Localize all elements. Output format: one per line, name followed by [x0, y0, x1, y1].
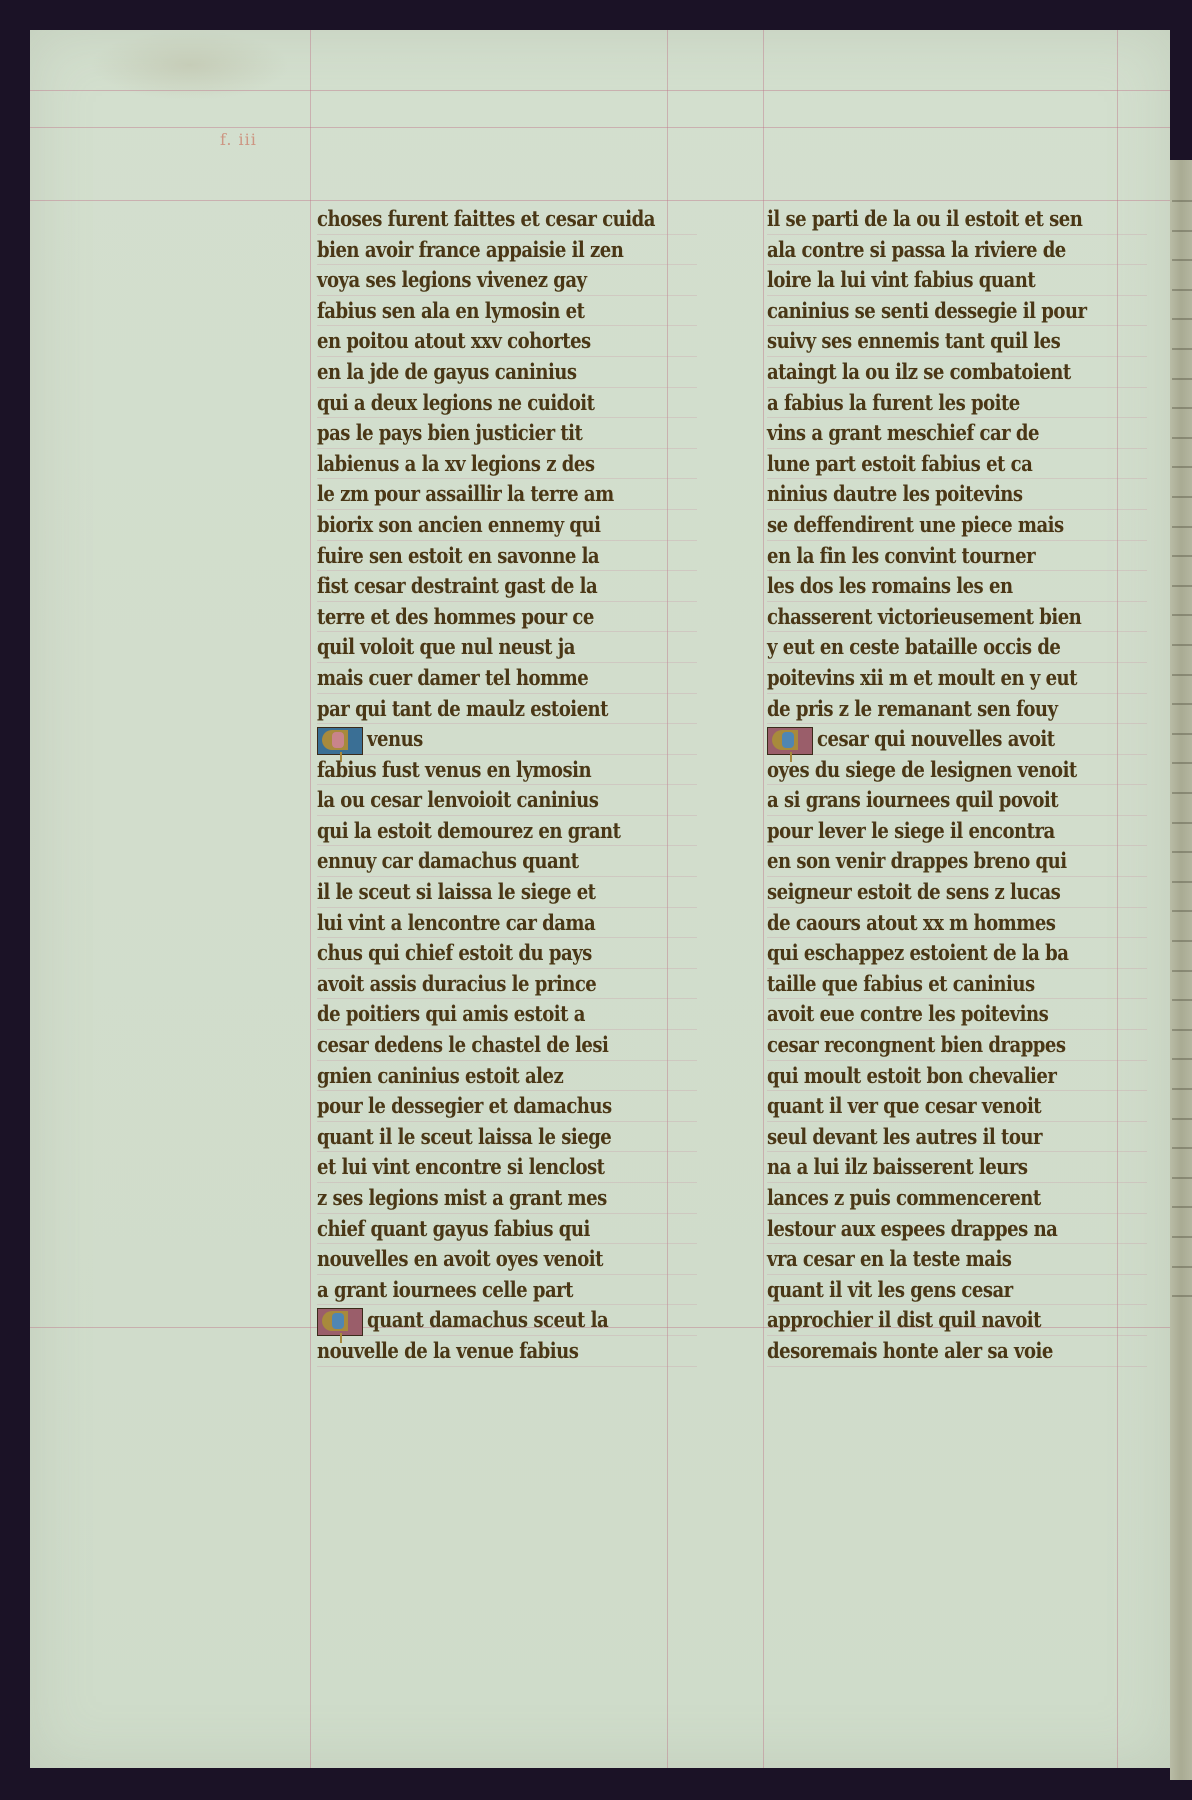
ruling-top-1	[30, 90, 1170, 91]
text-line: lestour aux espees drappes na	[767, 1214, 1147, 1245]
text-line: chasserent victorieusement bien	[767, 602, 1147, 633]
decorated-initial	[317, 727, 363, 755]
line-text: avoit eue contre les poitevins	[767, 999, 1048, 1029]
line-text: voya ses legions vivenez gay	[317, 265, 586, 295]
line-text: gnien caninius estoit alez	[317, 1061, 563, 1091]
text-line: biorix son ancien ennemy qui	[317, 510, 697, 541]
line-text: vins a grant meschief car de	[767, 418, 1039, 448]
line-text: quil voloit que nul neust ja	[317, 632, 575, 662]
line-text: qui eschappez estoient de la ba	[767, 938, 1068, 968]
line-text: lestour aux espees drappes na	[767, 1214, 1057, 1244]
text-line: bien avoir france appaisie il zen	[317, 235, 697, 266]
line-text: chief quant gayus fabius qui	[317, 1214, 590, 1244]
text-line: taille que fabius et caninius	[767, 969, 1147, 1000]
text-column-left: choses furent faittes et cesar cuidabien…	[317, 204, 697, 1367]
text-line: il le sceut si laissa le siege et	[317, 877, 697, 908]
show-through-line	[1172, 792, 1192, 794]
show-through-line	[1172, 1236, 1192, 1238]
text-line: chus qui chief estoit du pays	[317, 938, 697, 969]
show-through-line	[1172, 703, 1192, 705]
line-text: a fabius la furent les poite	[767, 388, 1020, 418]
show-through-line	[1172, 881, 1192, 883]
line-text: qui a deux legions ne cuidoit	[317, 388, 594, 418]
line-text: caninius se senti dessegie il pour	[767, 296, 1086, 326]
line-text: cesar dedens le chastel de lesi	[317, 1030, 608, 1060]
line-text: mais cuer damer tel homme	[317, 663, 588, 693]
line-text: seul devant les autres il tour	[767, 1122, 1042, 1152]
line-text: les dos les romains les en	[767, 571, 1013, 601]
line-text: ala contre si passa la riviere de	[767, 235, 1066, 265]
line-text: fabius sen ala en lymosin et	[317, 296, 584, 326]
text-line: ennuy car damachus quant	[317, 846, 697, 877]
show-through-line	[1172, 585, 1192, 587]
show-through-line	[1172, 1295, 1192, 1297]
line-text: fist cesar destraint gast de la	[317, 571, 597, 601]
line-text: z ses legions mist a grant mes	[317, 1183, 607, 1213]
text-line: fabius fust venus en lymosin	[317, 755, 697, 786]
text-line: fabius sen ala en lymosin et	[317, 296, 697, 327]
line-text: de pris z le remanant sen fouy	[767, 694, 1057, 724]
line-text: chasserent victorieusement bien	[767, 602, 1081, 632]
line-text: en son venir drappes breno qui	[767, 846, 1067, 876]
text-line: voya ses legions vivenez gay	[317, 265, 697, 296]
initial-inset	[782, 732, 794, 748]
line-text: quant il ver que cesar venoit	[767, 1091, 1041, 1121]
text-line: de poitiers qui amis estoit a	[317, 999, 697, 1030]
line-text: terre et des hommes pour ce	[317, 602, 594, 632]
line-text: desoremais honte aler sa voie	[767, 1336, 1053, 1366]
line-text: il le sceut si laissa le siege et	[317, 877, 596, 907]
text-line: y eut en ceste bataille occis de	[767, 632, 1147, 663]
text-line: chief quant gayus fabius qui	[317, 1214, 697, 1245]
text-line: quant il ver que cesar venoit	[767, 1091, 1147, 1122]
line-text: seigneur estoit de sens z lucas	[767, 877, 1060, 907]
ruling-top-2	[30, 127, 1170, 128]
text-line: gnien caninius estoit alez	[317, 1061, 697, 1092]
line-text: cesar qui nouvelles avoit	[817, 724, 1055, 754]
text-line: venus	[317, 724, 697, 755]
line-text: et lui vint encontre si lenclost	[317, 1152, 605, 1182]
text-line: na a lui ilz baisserent leurs	[767, 1152, 1147, 1183]
show-through-line	[1172, 1058, 1192, 1060]
line-text: loire la lui vint fabius quant	[767, 265, 1035, 295]
show-through-line	[1172, 644, 1192, 646]
show-through-line	[1172, 1147, 1192, 1149]
line-text: fuire sen estoit en savonne la	[317, 541, 599, 571]
show-through-line	[1172, 1177, 1192, 1179]
line-text: a grant iournees celle part	[317, 1275, 573, 1305]
text-line: les dos les romains les en	[767, 571, 1147, 602]
line-text: qui la estoit demourez en grant	[317, 816, 620, 846]
text-line: pour le dessegier et damachus	[317, 1091, 697, 1122]
folio-mark: f. iii	[220, 130, 257, 149]
decorated-initial	[317, 1308, 363, 1336]
line-text: labienus a la xv legions z des	[317, 449, 594, 479]
show-through-line	[1172, 999, 1192, 1001]
text-line: avoit assis duracius le prince	[317, 969, 697, 1000]
initial-inset	[332, 1313, 344, 1329]
text-line: nouvelle de la venue fabius	[317, 1336, 697, 1367]
show-through-line	[1172, 348, 1192, 350]
text-line: en la jde de gayus caninius	[317, 357, 697, 388]
line-text: a si grans iournees quil povoit	[767, 785, 1058, 815]
text-line: ataingt la ou ilz se combatoient	[767, 357, 1147, 388]
line-text: quant il le sceut laissa le siege	[317, 1122, 611, 1152]
show-through-line	[1172, 910, 1192, 912]
text-line: mais cuer damer tel homme	[317, 663, 697, 694]
show-through-line	[1172, 230, 1192, 232]
show-through-line	[1172, 259, 1192, 261]
text-line: il se parti de la ou il estoit et sen	[767, 204, 1147, 235]
manuscript-page: f. iii choses furent faittes et cesar cu…	[30, 30, 1170, 1768]
line-text: suivy ses ennemis tant quil les	[767, 326, 1060, 356]
show-through-line	[1172, 822, 1192, 824]
show-through-line	[1172, 733, 1192, 735]
line-text: cesar recongnent bien drappes	[767, 1030, 1066, 1060]
text-line: pas le pays bien justicier tit	[317, 418, 697, 449]
show-through-line	[1172, 674, 1192, 676]
line-text: na a lui ilz baisserent leurs	[767, 1152, 1027, 1182]
text-line: seul devant les autres il tour	[767, 1122, 1147, 1153]
show-through-line	[1172, 1118, 1192, 1120]
text-line: loire la lui vint fabius quant	[767, 265, 1147, 296]
text-line: lances z puis commencerent	[767, 1183, 1147, 1214]
line-text: poitevins xii m et moult en y eut	[767, 663, 1077, 693]
text-line: quil voloit que nul neust ja	[317, 632, 697, 663]
show-through-line	[1172, 1266, 1192, 1268]
text-line: en son venir drappes breno qui	[767, 846, 1147, 877]
text-line: vins a grant meschief car de	[767, 418, 1147, 449]
text-line: ala contre si passa la riviere de	[767, 235, 1147, 266]
line-text: lui vint a lencontre car dama	[317, 908, 595, 938]
text-line: quant il vit les gens cesar	[767, 1275, 1147, 1306]
line-text: qui moult estoit bon chevalier	[767, 1061, 1056, 1091]
show-through-line	[1172, 970, 1192, 972]
show-through-line	[1172, 466, 1192, 468]
line-text: se deffendirent une piece mais	[767, 510, 1064, 540]
text-line: lui vint a lencontre car dama	[317, 908, 697, 939]
text-line: seigneur estoit de sens z lucas	[767, 877, 1147, 908]
line-text: choses furent faittes et cesar cuida	[317, 204, 655, 234]
text-line: se deffendirent une piece mais	[767, 510, 1147, 541]
text-line: qui la estoit demourez en grant	[317, 816, 697, 847]
text-line: labienus a la xv legions z des	[317, 449, 697, 480]
line-text: chus qui chief estoit du pays	[317, 938, 592, 968]
initial-inset	[332, 732, 344, 748]
text-line: nouvelles en avoit oyes venoit	[317, 1244, 697, 1275]
text-line: a grant iournees celle part	[317, 1275, 697, 1306]
line-text: le zm pour assaillir la terre am	[317, 479, 614, 509]
show-through-line	[1172, 318, 1192, 320]
text-line: le zm pour assaillir la terre am	[317, 479, 697, 510]
show-through-line	[1172, 1088, 1192, 1090]
line-text: la ou cesar lenvoioit caninius	[317, 785, 598, 815]
text-line: qui moult estoit bon chevalier	[767, 1061, 1147, 1092]
line-text: taille que fabius et caninius	[767, 969, 1035, 999]
line-text: pour lever le siege il encontra	[767, 816, 1055, 846]
text-line: z ses legions mist a grant mes	[317, 1183, 697, 1214]
line-text: approchier il dist quil navoit	[767, 1305, 1041, 1335]
text-line: quant damachus sceut la	[317, 1305, 697, 1336]
text-line: de pris z le remanant sen fouy	[767, 694, 1147, 725]
line-text: nouvelles en avoit oyes venoit	[317, 1244, 603, 1274]
text-line: en la fin les convint tourner	[767, 541, 1147, 572]
line-text: avoit assis duracius le prince	[317, 969, 596, 999]
line-text: y eut en ceste bataille occis de	[767, 632, 1060, 662]
show-through-line	[1172, 437, 1192, 439]
show-through-line	[1172, 555, 1192, 557]
text-line: choses furent faittes et cesar cuida	[317, 204, 697, 235]
line-text: en la fin les convint tourner	[767, 541, 1035, 571]
show-through-line	[1172, 940, 1192, 942]
text-line: a si grans iournees quil povoit	[767, 785, 1147, 816]
text-line: suivy ses ennemis tant quil les	[767, 326, 1147, 357]
text-line: approchier il dist quil navoit	[767, 1305, 1147, 1336]
text-line: desoremais honte aler sa voie	[767, 1336, 1147, 1367]
text-line: qui a deux legions ne cuidoit	[317, 388, 697, 419]
text-line: cesar qui nouvelles avoit	[767, 724, 1147, 755]
line-text: vra cesar en la teste mais	[767, 1244, 1011, 1274]
line-text: quant il vit les gens cesar	[767, 1275, 1013, 1305]
show-through-line	[1172, 851, 1192, 853]
text-column-right: il se parti de la ou il estoit et senala…	[767, 204, 1147, 1367]
line-text: pour le dessegier et damachus	[317, 1091, 612, 1121]
ruling-left-outer	[310, 30, 311, 1768]
text-line: quant il le sceut laissa le siege	[317, 1122, 697, 1153]
ruling-right-outer	[763, 30, 764, 1768]
line-text: nouvelle de la venue fabius	[317, 1336, 578, 1366]
line-text: lune part estoit fabius et ca	[767, 449, 1032, 479]
line-text: quant damachus sceut la	[367, 1305, 608, 1335]
show-through-line	[1172, 614, 1192, 616]
show-through-line	[1172, 1029, 1192, 1031]
show-through-line	[1172, 289, 1192, 291]
text-line: cesar recongnent bien drappes	[767, 1030, 1147, 1061]
line-text: bien avoir france appaisie il zen	[317, 235, 623, 265]
line-text: pas le pays bien justicier tit	[317, 418, 582, 448]
text-line: caninius se senti dessegie il pour	[767, 296, 1147, 327]
text-line: de caours atout xx m hommes	[767, 908, 1147, 939]
show-through-line	[1172, 378, 1192, 380]
show-through-line	[1172, 762, 1192, 764]
line-text: de poitiers qui amis estoit a	[317, 999, 585, 1029]
text-line: poitevins xii m et moult en y eut	[767, 663, 1147, 694]
text-line: vra cesar en la teste mais	[767, 1244, 1147, 1275]
text-line: oyes du siege de lesignen venoit	[767, 755, 1147, 786]
line-text: ennuy car damachus quant	[317, 846, 579, 876]
decorated-initial	[767, 727, 813, 755]
line-text: ninius dautre les poitevins	[767, 479, 1023, 509]
line-text: ataingt la ou ilz se combatoient	[767, 357, 1071, 387]
text-line: en poitou atout xxv cohortes	[317, 326, 697, 357]
text-line: terre et des hommes pour ce	[317, 602, 697, 633]
text-line: et lui vint encontre si lenclost	[317, 1152, 697, 1183]
text-line: qui eschappez estoient de la ba	[767, 938, 1147, 969]
line-text: fabius fust venus en lymosin	[317, 755, 591, 785]
line-text: en poitou atout xxv cohortes	[317, 326, 591, 356]
line-text: oyes du siege de lesignen venoit	[767, 755, 1077, 785]
line-text: il se parti de la ou il estoit et sen	[767, 204, 1082, 234]
line-text: venus	[367, 724, 423, 754]
line-text: de caours atout xx m hommes	[767, 908, 1055, 938]
text-line: par qui tant de maulz estoient	[317, 694, 697, 725]
text-line: cesar dedens le chastel de lesi	[317, 1030, 697, 1061]
text-line: la ou cesar lenvoioit caninius	[317, 785, 697, 816]
line-text: par qui tant de maulz estoient	[317, 694, 608, 724]
show-through-line	[1172, 496, 1192, 498]
text-line: avoit eue contre les poitevins	[767, 999, 1147, 1030]
text-line: ninius dautre les poitevins	[767, 479, 1147, 510]
text-line: a fabius la furent les poite	[767, 388, 1147, 419]
text-line: lune part estoit fabius et ca	[767, 449, 1147, 480]
ruling-top-3	[30, 200, 1170, 201]
show-through-line	[1172, 200, 1192, 202]
text-line: fuire sen estoit en savonne la	[317, 541, 697, 572]
line-text: biorix son ancien ennemy qui	[317, 510, 601, 540]
show-through-line	[1172, 407, 1192, 409]
text-line: pour lever le siege il encontra	[767, 816, 1147, 847]
opposite-leaf-edge	[1170, 160, 1192, 1780]
line-text: lances z puis commencerent	[767, 1183, 1041, 1213]
line-text: en la jde de gayus caninius	[317, 357, 577, 387]
show-through-line	[1172, 526, 1192, 528]
text-line: fist cesar destraint gast de la	[317, 571, 697, 602]
show-through-line	[1172, 1206, 1192, 1208]
